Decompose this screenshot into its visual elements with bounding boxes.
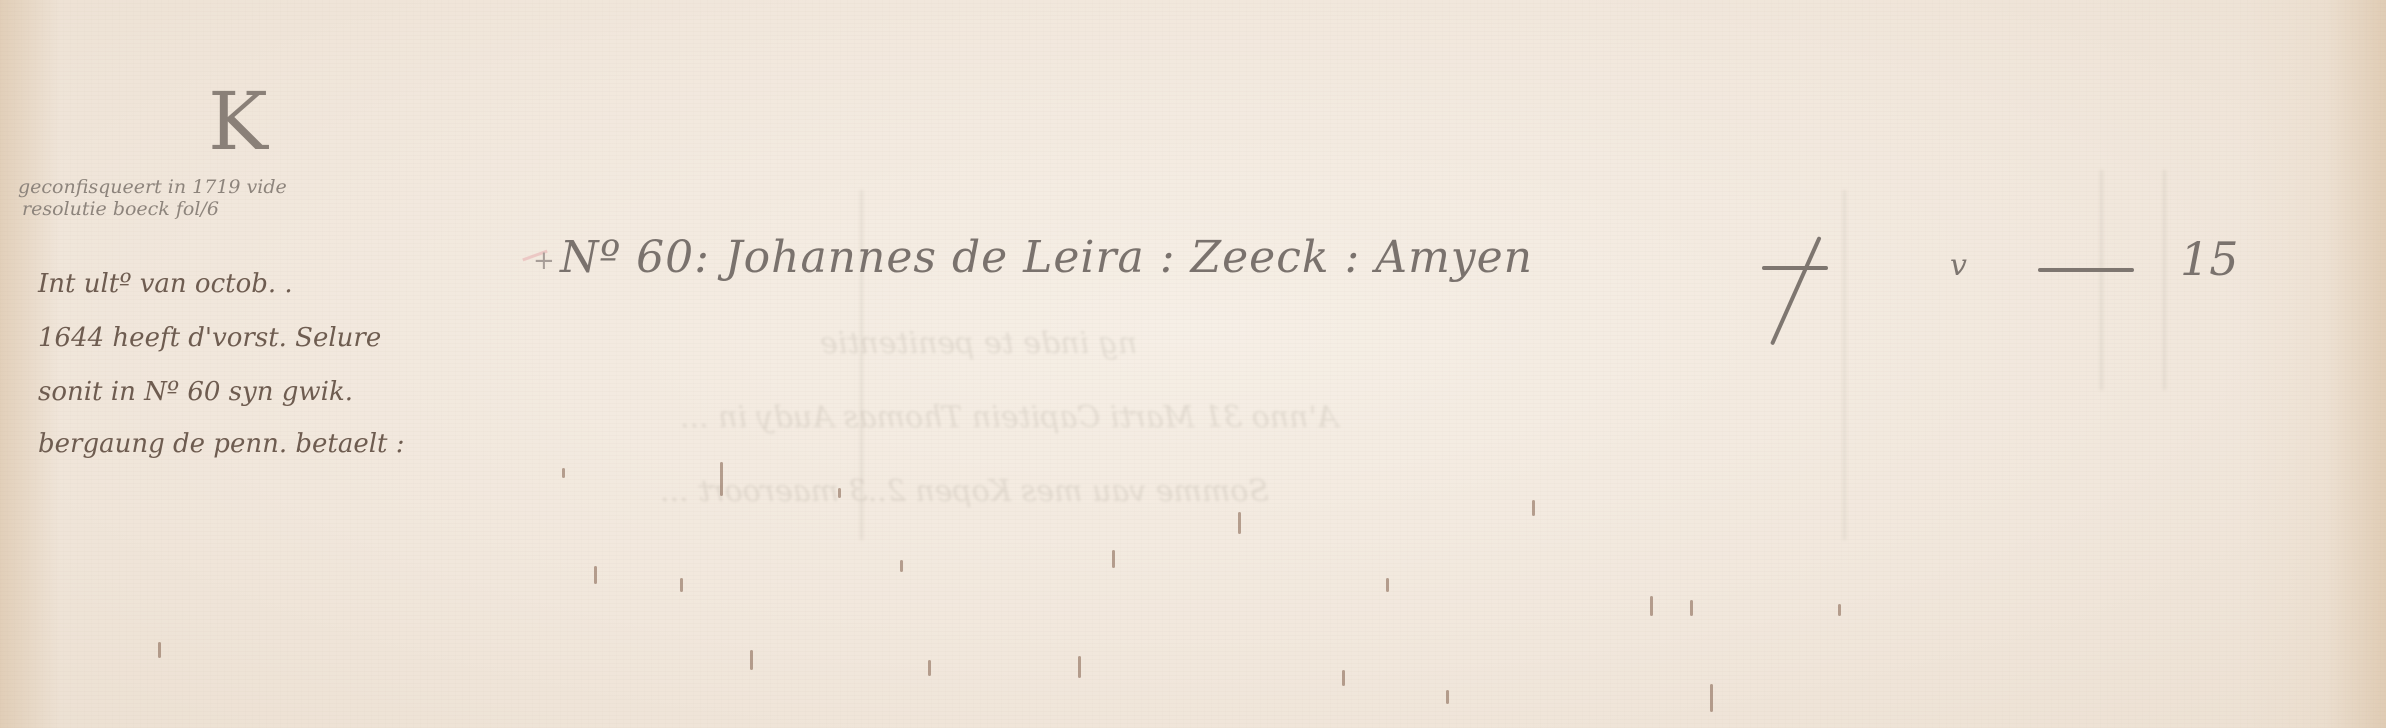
ink-speck: [900, 560, 903, 572]
ink-speck: [1690, 600, 1693, 616]
ink-speck: [1078, 656, 1081, 678]
ink-speck: [1532, 500, 1535, 516]
margin-note-top-line: resolutie boeck fol/6: [22, 198, 219, 220]
margin-note-top-line: geconfisqueert in 1719 vide: [18, 176, 287, 198]
ink-speck: [720, 462, 723, 496]
entry-sub-value: v: [1950, 248, 1967, 283]
entry-dash: [1762, 266, 1828, 270]
ink-speck: [562, 468, 565, 478]
entry-cross-marker: +: [533, 246, 555, 276]
ink-speck: [1342, 670, 1345, 686]
ink-speck: [1710, 684, 1713, 712]
manuscript-page: ng inde te penitentie A'nno 31 Marti Cap…: [0, 0, 2386, 728]
ink-speck: [594, 566, 597, 584]
ink-speck: [1238, 512, 1241, 534]
ink-speck: [1446, 690, 1449, 704]
entry-text: Nº 60: Johannes de Leira : Zeeck : Amyen: [560, 232, 1533, 283]
ink-speck: [838, 488, 841, 498]
ink-speck: [158, 642, 161, 658]
margin-note-line: Int ultº van octob. .: [38, 264, 293, 304]
ink-speck: [1650, 596, 1653, 616]
ink-speck: [1386, 578, 1389, 592]
ink-speck: [1112, 550, 1115, 568]
entry-dash: [2038, 268, 2134, 272]
section-letter: K: [208, 82, 268, 162]
ink-speck: [680, 578, 683, 592]
margin-note-line: bergaung de penn. betaelt :: [38, 424, 405, 464]
entry-amount: 15: [2180, 232, 2239, 286]
ink-speck: [928, 660, 931, 676]
margin-note-line: 1644 heeft d'vorst. Selure: [38, 318, 381, 358]
margin-note-line: sonit in Nº 60 syn gwik.: [38, 372, 353, 412]
ink-speck: [1838, 604, 1841, 616]
bleed-through-column-rules: [2100, 170, 2166, 390]
ink-speck: [750, 650, 753, 670]
